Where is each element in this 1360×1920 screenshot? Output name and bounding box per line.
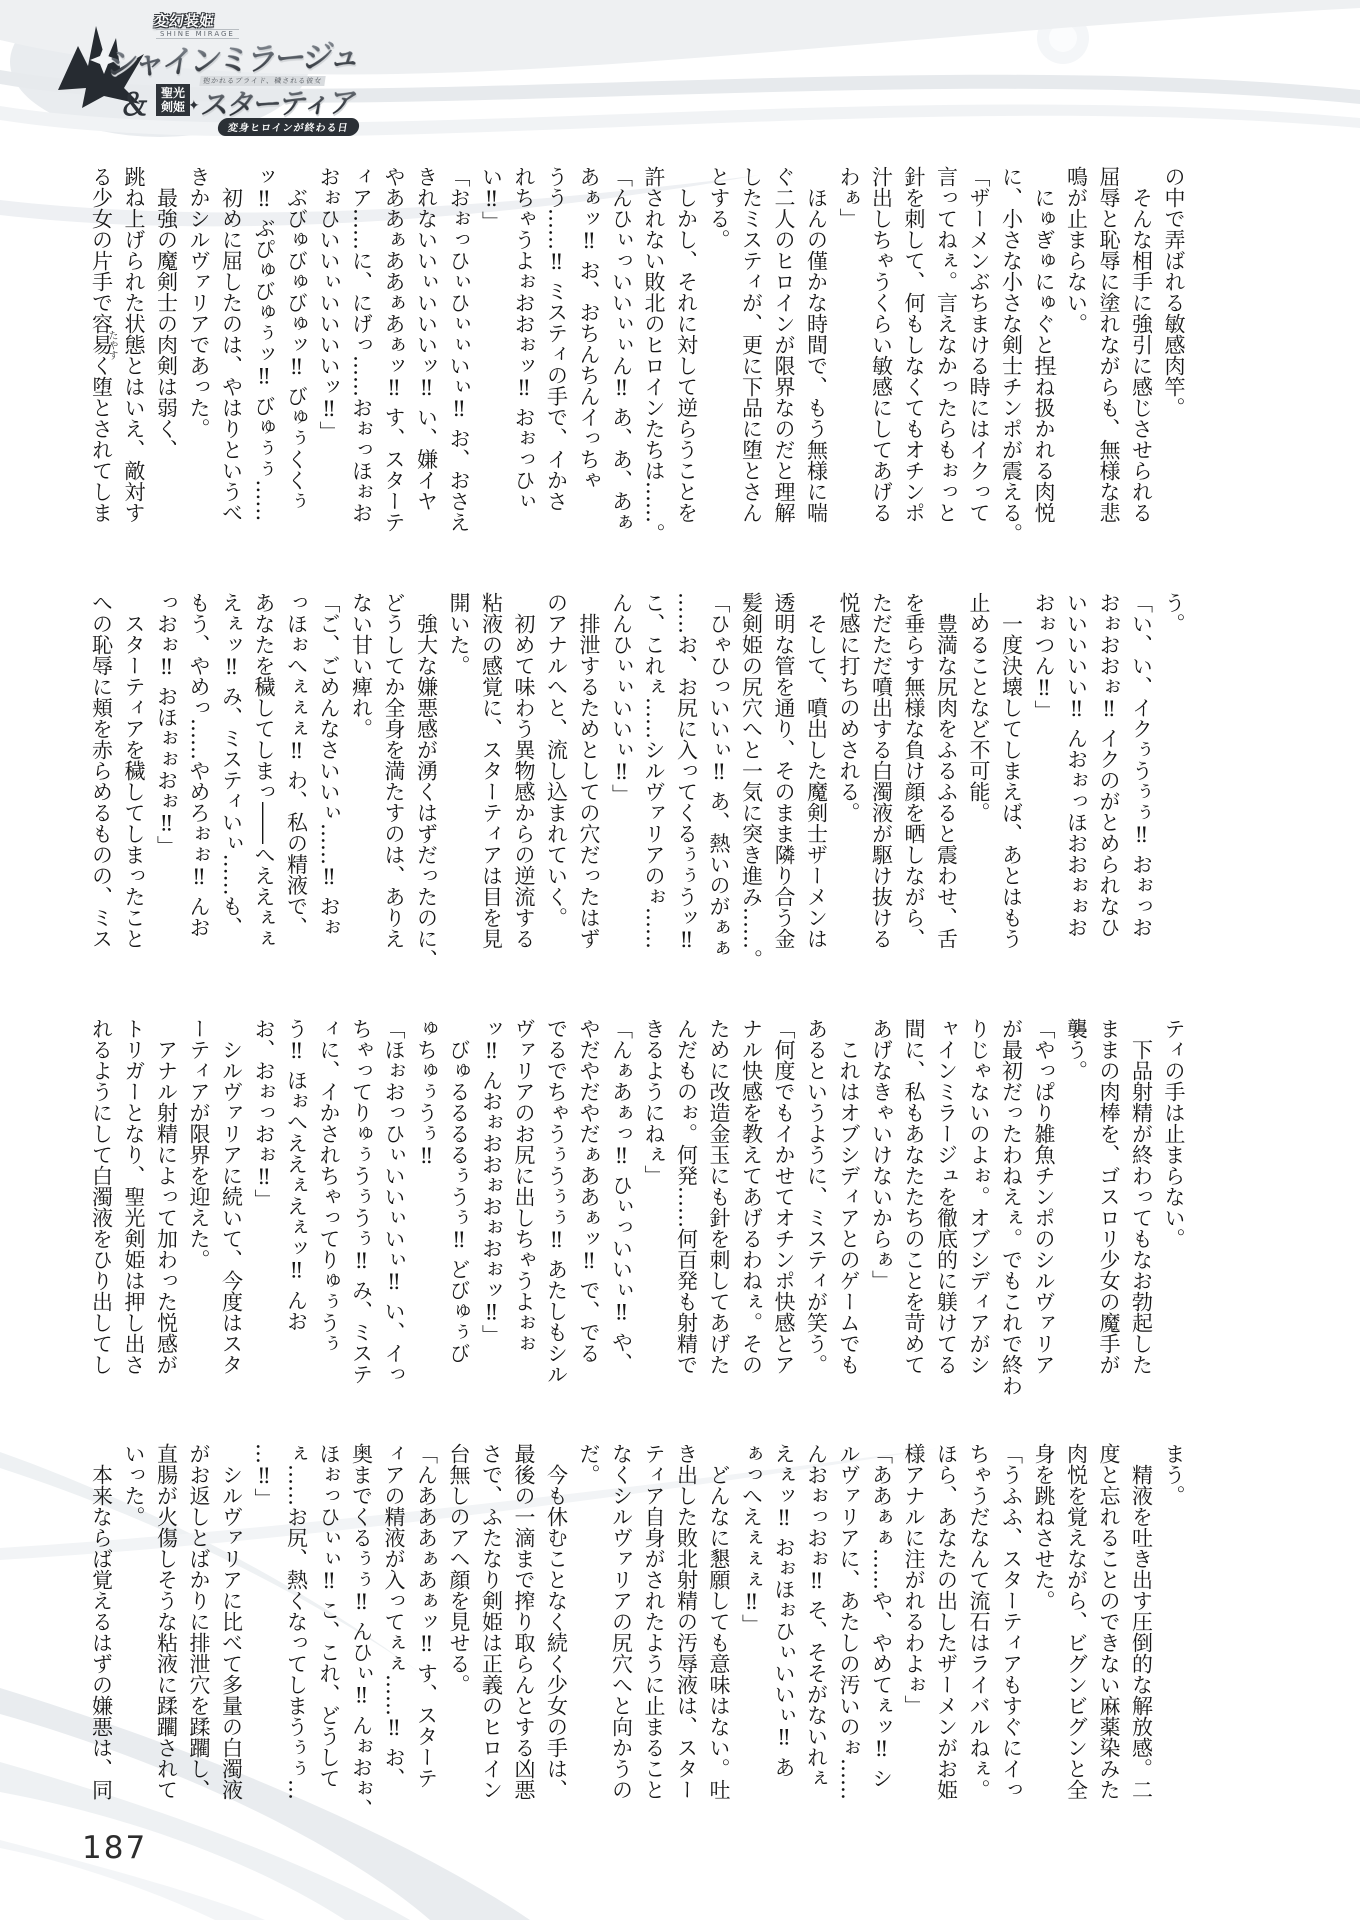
text-column: ままの肉棒を、ゴスロリ少女の魔手が bbox=[1093, 1018, 1126, 1480]
text-column: 髪剣姫の尻穴へと一気に突き進み……。 bbox=[735, 592, 768, 1054]
text-column: ヴァリアのお尻に出しちゃうよぉぉ bbox=[508, 1018, 541, 1480]
logo-tagline: 変身ヒロインが終わる日 bbox=[217, 118, 360, 136]
text-column: 「やっぱり雑魚チンポのシルヴァリア bbox=[1028, 1018, 1061, 1480]
text-column: おぉひいいぃいいいいッ‼」 bbox=[313, 166, 346, 628]
text-column: そして、噴出した魔剣士ザーメンは bbox=[800, 592, 833, 1054]
text-column: ために改造金玉にも針を刺してあげた bbox=[703, 1018, 736, 1480]
text-column: 「ああぁぁ……や、やめてぇッ‼ シ bbox=[865, 1443, 898, 1905]
text-column: ナル快感を教えてあげるわねぇ。その bbox=[735, 1018, 768, 1480]
text-column: が最初だったわねえぇ。でもこれで終わ bbox=[995, 1018, 1028, 1480]
text-band-3: ティの手は止まらない。 下品射精が終わってもなお勃起したままの肉棒を、ゴスロリ少… bbox=[85, 1018, 1190, 1401]
text-column: う。 bbox=[1158, 592, 1191, 1054]
text-column: ……お、お尻に入ってくるぅぅうッ‼ bbox=[670, 592, 703, 1054]
text-column: 「んあああぁあぁッ‼ す、スターテ bbox=[410, 1443, 443, 1905]
series-logo: 変幻装姫 SHINE MIRAGE シャインミラージュ 抱かれるプライド、穢され… bbox=[50, 2, 395, 138]
text-column: トリガーとなり、聖光剣姫は押し出さ bbox=[118, 1018, 151, 1480]
text-column: っほぉへぇぇぇ‼ わ、私の精液で、 bbox=[280, 592, 313, 1054]
text-column: 「んぁあぁっ‼ ひぃっいいぃ‼ や、 bbox=[605, 1018, 638, 1480]
text-column: ほんの僅かな時間で、もう無様に喘 bbox=[800, 166, 833, 628]
text-column: ゅちゅぅうぅ‼ bbox=[410, 1018, 443, 1480]
text-column: ない甘い痺れ。 bbox=[345, 592, 378, 1054]
series-label: 変幻装姫 bbox=[153, 10, 215, 31]
text-column: もう、やめっ……やめろぉぉ‼ んお bbox=[183, 592, 216, 1054]
text-column: 止めることなど不可能。 bbox=[963, 592, 996, 1054]
text-column: でるでちゃうぅうぅぅ‼ あたしもシル bbox=[540, 1018, 573, 1480]
text-column: ャインミラージュを徹底的に躾けてる bbox=[930, 1018, 963, 1480]
text-column: に、小さな小さな剣士チンポが震える。 bbox=[995, 166, 1028, 628]
text-column: あげなきゃいけないからぁ」 bbox=[865, 1018, 898, 1480]
text-column: わぁ」 bbox=[833, 166, 866, 628]
text-column: 「ザーメンぶちまける時にはイクって bbox=[963, 166, 996, 628]
text-column: 様アナルに注がれるわよぉ」 bbox=[898, 1443, 931, 1905]
text-column: ィア……に、にげっ……おぉっほぉお bbox=[345, 166, 378, 628]
text-column: なくシルヴァリアの尻穴へと向かうの bbox=[605, 1443, 638, 1905]
text-column: がお返しとばかりに排泄穴を蹂躙し、 bbox=[183, 1443, 216, 1905]
text-column: さで、ふたなり剣姫は正義のヒロイン bbox=[475, 1443, 508, 1905]
text-column: 「ひゃひっいいぃ‼ あ、熱いのがぁぁ bbox=[703, 592, 736, 1054]
text-column: シルヴァリアに続いて、今度はスタ bbox=[215, 1018, 248, 1480]
text-column: 跳ね上げられた状態とはいえ、敵対す bbox=[118, 166, 151, 628]
text-column: 許されない敗北のヒロインたちは……。 bbox=[638, 166, 671, 628]
text-column: んだものぉ。何発……何百発も射精で bbox=[670, 1018, 703, 1480]
text-column: 最後の一滴まで搾り取らんとする凶悪 bbox=[508, 1443, 541, 1905]
text-column: 強大な嫌悪感が湧くはずだったのに、 bbox=[410, 592, 443, 1054]
text-column: 透明な管を通り、そのまま隣り合う金 bbox=[768, 592, 801, 1054]
logo-sub-label: 聖光 剣姫 bbox=[156, 84, 190, 116]
text-column: の中で弄ばれる敏感肉竿。 bbox=[1158, 166, 1191, 628]
text-column: 奥までくるぅぅ‼ んひぃ‼ んぉおぉ、 bbox=[345, 1443, 378, 1905]
text-column: びゅるるるるぅうぅ‼ どびゅぅび bbox=[443, 1018, 476, 1480]
page: { "page": { "number": "187", "logo": { "… bbox=[0, 0, 1360, 1920]
text-column: 一度決壊してしまえば、あとはもう bbox=[995, 592, 1028, 1054]
text-column: 今も休むことなく続く少女の手は、 bbox=[540, 1443, 573, 1905]
furigana-note: たやす bbox=[106, 330, 116, 360]
text-column: ィアの精液が入ってぇぇ……‼ お、 bbox=[378, 1443, 411, 1905]
text-column: アナル射精によって加わった悦感が bbox=[150, 1018, 183, 1480]
text-column: んんひぃぃいいぃ‼」 bbox=[605, 592, 638, 1054]
text-column: 粘液の感覚に、スターティアは目を見 bbox=[475, 592, 508, 1054]
text-column: ただただ噴出する白濁液が駆け抜ける bbox=[865, 592, 898, 1054]
text-column: ぐ二人のヒロインが限界なのだと理解 bbox=[768, 166, 801, 628]
text-column: 肉悦を覚えながら、ビグンビグンと全 bbox=[1060, 1443, 1093, 1905]
text-column: 「い、い、イクぅうぅぅ‼ おぉっお bbox=[1125, 592, 1158, 1054]
text-column: ーティアが限界を迎えた。 bbox=[183, 1018, 216, 1480]
star-icon: ✦ bbox=[188, 98, 200, 114]
text-column: だ。 bbox=[573, 1443, 606, 1905]
text-column: き出した敗北射精の汚辱液は、スター bbox=[670, 1443, 703, 1905]
text-column: 襲う。 bbox=[1060, 1018, 1093, 1480]
text-column: お、おぉっおぉ‼」 bbox=[248, 1018, 281, 1480]
text-column: んおぉっおぉ‼ そ、そそがないれぇ bbox=[800, 1443, 833, 1905]
text-column: 身を跳ねさせた。 bbox=[1028, 1443, 1061, 1905]
text-column: どんなに懇願しても意味はない。吐 bbox=[703, 1443, 736, 1905]
page-number: 187 bbox=[82, 1830, 147, 1866]
text-column: 「ほぉおっひぃいいぃいぃ‼ い、イっ bbox=[378, 1018, 411, 1480]
text-column: ぇ……お尻、熱くなってしまうぅぅ… bbox=[280, 1443, 313, 1905]
text-column: こ、これぇ……シルヴァリアのぉ…… bbox=[638, 592, 671, 1054]
text-column: ッ‼ ぶぴゅびゅぅッ‼ びゅぅぅ…… bbox=[248, 166, 281, 628]
text-column: あぁッ‼ お、おちんちんイっちゃ bbox=[573, 166, 606, 628]
text-column: 直腸が火傷しそうな粘液に蹂躙されて bbox=[150, 1443, 183, 1905]
text-column: いいいいい‼ んおぉっほおおぉぉお bbox=[1060, 592, 1093, 1054]
text-band-2: う。「い、い、イクぅうぅぅ‼ おぉっおおぉおおぉ‼ イクのがとめられなひいいいい… bbox=[85, 592, 1190, 975]
text-column: ティの手は止まらない。 bbox=[1158, 1018, 1191, 1480]
text-column: シルヴァリアに比べて多量の白濁液 bbox=[215, 1443, 248, 1905]
text-column: 言ってねぇ。言えなかったらもぉっと bbox=[930, 166, 963, 628]
text-column: れるようにして白濁液をひり出してし bbox=[85, 1018, 118, 1480]
text-column: っおぉ‼ おほぉぉおぉ‼」 bbox=[150, 592, 183, 1054]
text-column: 屈辱と恥辱に塗れながらも、無様な悲 bbox=[1093, 166, 1126, 628]
text-band-1: の中で弄ばれる敏感肉竿。 そんな相手に強引に感じさせられる屈辱と恥辱に塗れながら… bbox=[85, 166, 1190, 549]
text-column: まう。 bbox=[1158, 1443, 1191, 1905]
text-column: にゅぎゅにゅぐと捏ね扱かれる肉悦 bbox=[1028, 166, 1061, 628]
text-band-4: まう。 精液を吐き出す圧倒的な解放感。二度と忘れることのできない麻薬染みた肉悦を… bbox=[85, 1443, 1190, 1826]
text-column: どうしてか全身を満たすのは、ありえ bbox=[378, 592, 411, 1054]
text-column: おぉおおぉ‼ イクのがとめられなひ bbox=[1093, 592, 1126, 1054]
text-column: を垂らす無様な負け顔を晒しながら、 bbox=[898, 592, 931, 1054]
text-column: れちゃうよぉおおぉッ‼ おぉっひぃ bbox=[508, 166, 541, 628]
text-column: 悦感に打ちのめされる。 bbox=[833, 592, 866, 1054]
text-column: えぇッ‼ み、ミスティいぃ……も、 bbox=[215, 592, 248, 1054]
text-column: おぉつん‼」 bbox=[1028, 592, 1061, 1054]
text-column: スターティアを穢してしまったこと bbox=[118, 592, 151, 1054]
text-column: 「おぉっひぃひぃぃいぃ‼ お、おさえ bbox=[443, 166, 476, 628]
text-column: ちゃってりゅぅうぅうぅ‼ み、ミステ bbox=[345, 1018, 378, 1480]
text-column: 汁出しちゃうくらい敏感にしてあげる bbox=[865, 166, 898, 628]
text-column: る少女の片手で容易く堕とされてしま bbox=[85, 166, 118, 628]
text-column: ぁっへえぇぇぇ‼」 bbox=[735, 1443, 768, 1905]
logo-title-sub: スターティア bbox=[199, 81, 360, 124]
text-column: りじゃないのよぉ。オブシディアがシ bbox=[963, 1018, 996, 1480]
text-column: ルヴァリアに、あたしの汚いのぉ…… bbox=[833, 1443, 866, 1905]
text-column: 鳴が止まらない。 bbox=[1060, 166, 1093, 628]
logo-ampersand: ＆ bbox=[118, 80, 153, 124]
text-column: 「何度でもイかせてオチンポ快感とア bbox=[768, 1018, 801, 1480]
furigana-note: こ bbox=[1046, 366, 1056, 376]
text-column: への恥辱に頬を赤らめるものの、ミス bbox=[85, 592, 118, 1054]
text-column: 下品射精が終わってもなお勃起した bbox=[1125, 1018, 1158, 1480]
text-column: ィに、イかされちゃってりゅぅうぅ bbox=[313, 1018, 346, 1480]
text-column: 初めて味わう異物感からの逆流する bbox=[508, 592, 541, 1054]
text-column: 開いた。 bbox=[443, 592, 476, 1054]
text-column: う‼ ほぉへええぇえぇッ‼ んお bbox=[280, 1018, 313, 1480]
text-column: 最強の魔剣士の肉剣は弱く、 bbox=[150, 166, 183, 628]
text-column: えぇッ‼ おぉほぉひぃいいぃ‼ あ bbox=[768, 1443, 801, 1905]
text-column: ッ‼ んおぉおおぉおぉおぉッ‼」 bbox=[475, 1018, 508, 1480]
text-column: 豊満な尻肉をふるふると震わせ、舌 bbox=[930, 592, 963, 1054]
text-column: やああぁああぁあぁッ‼ す、スターテ bbox=[378, 166, 411, 628]
text-column: きかシルヴァリアであった。 bbox=[183, 166, 216, 628]
logo-sub-label-line1: 聖光 bbox=[157, 86, 189, 100]
text-column: これはオブシディアとのゲームでも bbox=[833, 1018, 866, 1480]
text-column: うう……‼ ミスティの手で、イかさ bbox=[540, 166, 573, 628]
text-column: 台無しのアヘ顔を見せる。 bbox=[443, 1443, 476, 1905]
text-column: ぶびゅびゅびゅッ‼ びゅぅくくぅ bbox=[280, 166, 313, 628]
text-column: きれないいぃいいいッ‼ い、嫌イヤ bbox=[410, 166, 443, 628]
text-column: 「ご、ごめんなさいいぃ……‼ おぉ bbox=[313, 592, 346, 1054]
text-column: ほら、あなたの出したザーメンがお姫 bbox=[930, 1443, 963, 1905]
text-column: 排泄するためとしての穴だったはず bbox=[573, 592, 606, 1054]
text-column: い‼」 bbox=[475, 166, 508, 628]
text-column: しかし、それに対して逆らうことを bbox=[670, 166, 703, 628]
text-column: …‼」 bbox=[248, 1443, 281, 1905]
text-column: 間に、私もあなたたちのことを苛めて bbox=[898, 1018, 931, 1480]
text-column: 針を刺して、何もしなくてもオチンポ bbox=[898, 166, 931, 628]
text-column: あなたを穢してしまっ――へええぇぇ bbox=[248, 592, 281, 1054]
text-column: のアナルへと、流し込まれていく。 bbox=[540, 592, 573, 1054]
text-column: 初めに屈したのは、やはりというべ bbox=[215, 166, 248, 628]
text-column: 度と忘れることのできない麻薬染みた bbox=[1093, 1443, 1126, 1905]
text-column: 「うふふ、スターティアもすぐにイっ bbox=[995, 1443, 1028, 1905]
text-column: したミスティが、更に下品に堕とさん bbox=[735, 166, 768, 628]
text-column: ほぉっひぃぃ‼ こ、これ、どうして bbox=[313, 1443, 346, 1905]
text-column: 精液を吐き出す圧倒的な解放感。二 bbox=[1125, 1443, 1158, 1905]
text-column: ちゃうだなんて流石はライバルねぇ。 bbox=[963, 1443, 996, 1905]
text-column: 「んひぃっいいぃぃん‼ あ、あ、あぁ bbox=[605, 166, 638, 628]
text-column: そんな相手に強引に感じさせられる bbox=[1125, 166, 1158, 628]
text-column: やだやだやだぁああぁッ‼ で、でる bbox=[573, 1018, 606, 1480]
text-column: きるようにねぇ」 bbox=[638, 1018, 671, 1480]
text-column: ティア自身がされたように止まること bbox=[638, 1443, 671, 1905]
logo-sub-label-line2: 剣姫 bbox=[157, 100, 189, 114]
text-column: あるというように、ミスティが笑う。 bbox=[800, 1018, 833, 1480]
text-column: とする。 bbox=[703, 166, 736, 628]
